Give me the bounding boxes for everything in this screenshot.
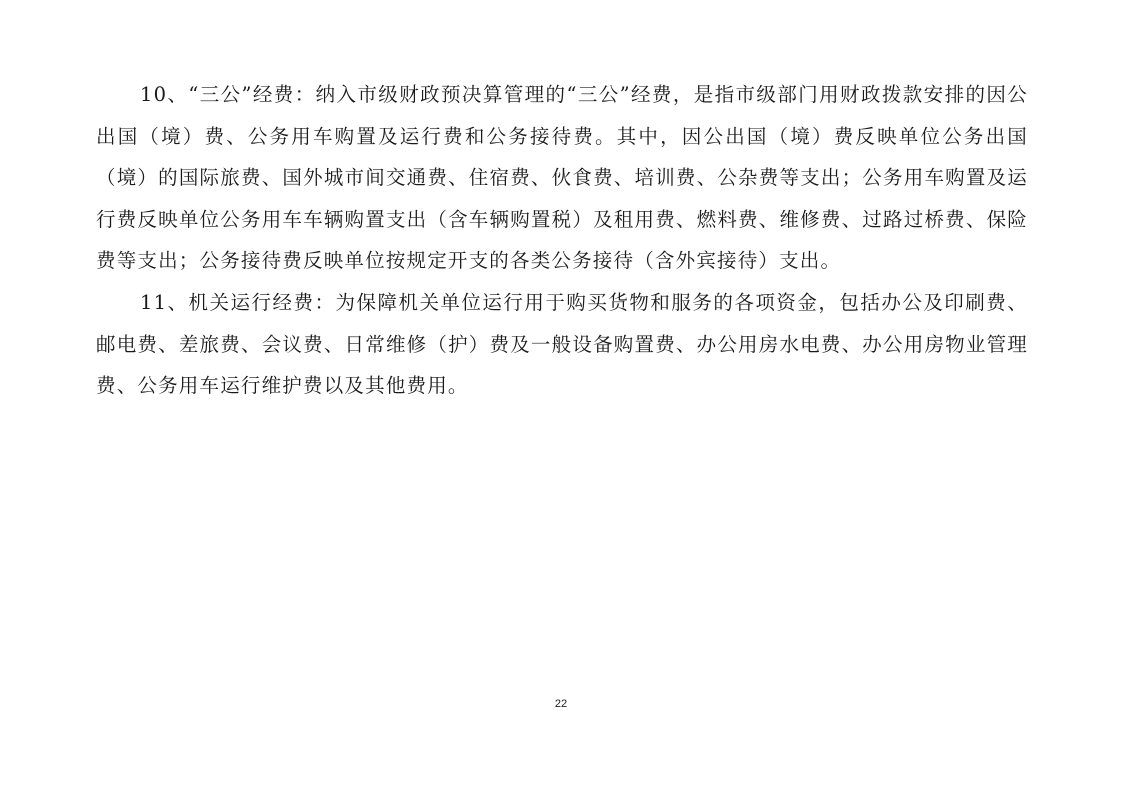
paragraph-agency-operating-expenses: 11、机关运行经费：为保障机关单位运行用于购买货物和服务的各项资金，包括办公及印… bbox=[96, 282, 1028, 407]
document-page: 10、“三公”经费：纳入市级财政预决算管理的“三公”经费，是指市级部门用财政拨款… bbox=[96, 74, 1028, 407]
paragraph-san-gong-expenses: 10、“三公”经费：纳入市级财政预决算管理的“三公”经费，是指市级部门用财政拨款… bbox=[96, 74, 1028, 282]
page-number: 22 bbox=[0, 698, 1122, 710]
